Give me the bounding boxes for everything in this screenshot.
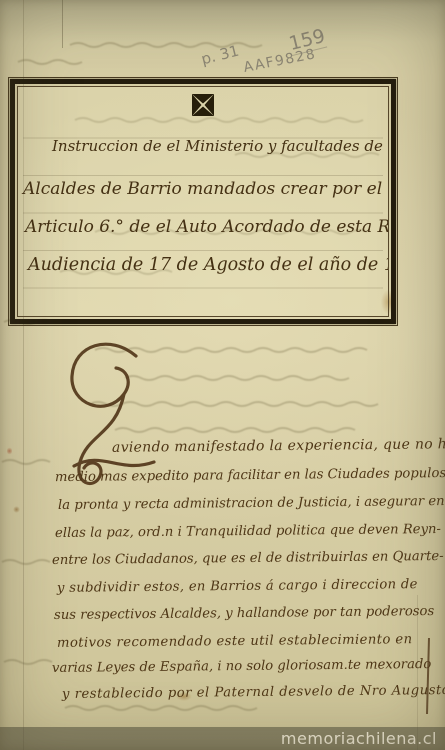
maltese-cross-ornament-icon [191, 93, 215, 117]
manuscript-scan-page: p. 31 159 AAF9828 Instruccion de el Mini… [0, 0, 445, 750]
watermark-band: memoriachilena.cl [0, 727, 445, 750]
title-frame-band: Instruccion de el Ministerio y facultade… [10, 79, 396, 324]
title-line: Articulo 6.° de el Auto Acordado de esta… [18, 217, 388, 237]
watermark-text: memoriachilena.cl [0, 727, 445, 750]
title-line: Instruccion de el Ministerio y facultade… [18, 137, 388, 155]
title-line: Audiencia de 17 de Agosto de el año de 1… [18, 255, 388, 275]
title-frame-inner: Instruccion de el Ministerio y facultade… [17, 86, 389, 317]
title-line: Alcaldes de Barrio mandados crear por el [18, 179, 388, 199]
title-frame: Instruccion de el Ministerio y facultade… [8, 77, 398, 326]
